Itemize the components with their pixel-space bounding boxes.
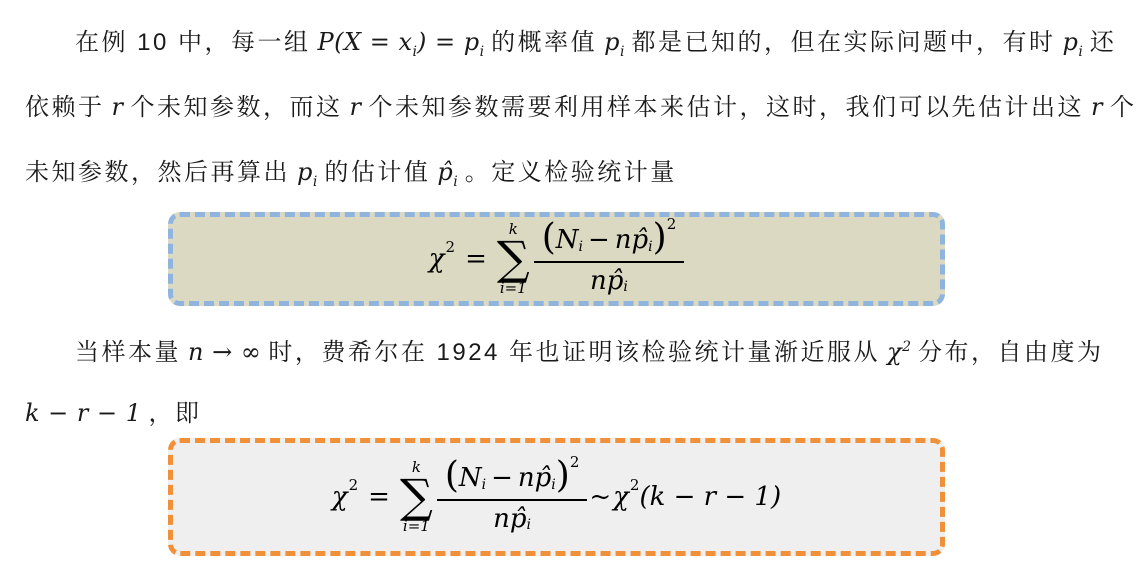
math-open-paren: ( [542, 224, 556, 253]
math-close-paren: ) [653, 224, 667, 253]
math-subscript: i [453, 174, 457, 190]
text-run: 个 [1110, 94, 1137, 121]
math-tilde: ~ [589, 484, 611, 510]
paragraph-1-line-2: 依赖于r个未知参数，而这r个未知参数需要利用样本来估计，这时，我们可以先估计出这… [25, 87, 1123, 128]
inline-math-degrees-of-freedom: k − r − 1 [25, 399, 142, 427]
fraction: (Ni−np̂i)2 np̂i [534, 224, 685, 294]
distribution-tail: ~χ2(k − r − 1) [589, 484, 781, 510]
math-np-hat: np̂ [615, 227, 648, 253]
math-chi: χ [429, 246, 445, 272]
text-run: 。定义检验统计量 [465, 159, 677, 186]
math-subscript: i [480, 44, 484, 60]
text-run: 个未知参数，而这 [130, 94, 342, 121]
inline-math-r: r [349, 93, 361, 121]
summation: k ∑ i=1 [497, 222, 530, 296]
inline-math-chi-squared: χ2 [887, 338, 911, 366]
text-run: 的概率值 [491, 29, 597, 56]
formula-box-chi-square-distribution: χ2 = k ∑ i=1 (Ni−np̂i)2 np̂i ~χ2(k − r −… [168, 438, 945, 556]
math-subscript: i [313, 174, 317, 190]
math-equals: = [465, 246, 487, 272]
math-subscript: i [579, 240, 583, 254]
math-text: p [297, 158, 313, 186]
math-chi: χ [613, 484, 629, 510]
inline-math-r: r [1091, 93, 1103, 121]
text-run: 还 [1090, 29, 1117, 56]
math-open-paren: ( [445, 462, 459, 491]
chi-square-statistic-formula: χ2 = k ∑ i=1 (Ni−np̂i)2 np̂i [429, 222, 685, 296]
text-run: 个未知参数需要利用样本来估计，这时，我们可以先估计出这 [368, 94, 1084, 121]
math-minus: − [588, 227, 610, 253]
text-run: 依赖于 [25, 94, 105, 121]
paragraph-1-line-3: 未知参数，然后再算出pi的估计值p̂i。定义检验统计量 [25, 152, 1123, 202]
inline-math-n-to-infinity: n → ∞ [188, 338, 261, 366]
math-subscript: i [527, 518, 531, 532]
math-text: p [604, 28, 620, 56]
math-chi: χ [332, 484, 348, 510]
inline-math-pi: pi [1062, 28, 1082, 56]
fraction: (Ni−np̂i)2 np̂i [437, 462, 588, 532]
math-N: N [556, 227, 579, 253]
paragraph-1-line-1: 在例 10 中，每一组P(X = xi) = pi的概率值pi都是已知的，但在实… [25, 22, 1123, 72]
math-np-hat: np̂ [518, 465, 551, 491]
math-np-hat: np̂ [493, 506, 526, 532]
math-minus: − [491, 465, 513, 491]
math-subscript: i [623, 280, 627, 294]
math-exponent: 2 [349, 478, 359, 493]
paragraph-2-line-2: k − r − 1，即 [25, 393, 1123, 434]
formula-box-chi-square-statistic: χ2 = k ∑ i=1 (Ni−np̂i)2 np̂i [168, 212, 945, 306]
document-page: 在例 10 中，每一组P(X = xi) = pi的概率值pi都是已知的，但在实… [0, 0, 1141, 564]
math-text: χ [887, 338, 902, 366]
math-text: ) = p [417, 28, 480, 56]
summation-sigma-symbol: ∑ [400, 475, 433, 519]
math-text: r [1091, 93, 1103, 121]
math-exponent: 2 [446, 240, 456, 255]
summation-lower-limit: i=1 [500, 281, 527, 296]
text-run: 都是已知的，但在实际问题中，有时 [631, 29, 1055, 56]
math-subscript: i [620, 44, 624, 60]
math-subscript: i [482, 478, 486, 492]
inline-math-pi: pi [604, 28, 624, 56]
math-exponent: 2 [902, 339, 911, 355]
inline-math-pi-hat: p̂i [437, 158, 457, 186]
math-text: p̂ [437, 158, 453, 186]
summation: k ∑ i=1 [400, 460, 433, 534]
text-run: 的估计值 [324, 159, 430, 186]
inline-math-pi: pi [297, 158, 317, 186]
math-text: r [349, 93, 361, 121]
summation-sigma-symbol: ∑ [497, 237, 530, 281]
fraction-numerator: (Ni−np̂i)2 [437, 462, 588, 501]
fraction-denominator: np̂i [493, 501, 531, 532]
math-exponent: 2 [667, 217, 677, 232]
chi-square-distribution-formula: χ2 = k ∑ i=1 (Ni−np̂i)2 np̂i ~χ2(k − r −… [332, 460, 781, 534]
math-equals: = [368, 484, 390, 510]
text-run: 分布，自由度为 [918, 339, 1104, 366]
inline-math-r: r [112, 93, 124, 121]
fraction-denominator: np̂i [590, 263, 628, 294]
summation-lower-limit: i=1 [403, 519, 430, 534]
math-text: r [112, 93, 124, 121]
paragraph-2-line-1: 当样本量n → ∞时，费希尔在 1924 年也证明该检验统计量渐近服从χ2分布，… [25, 327, 1123, 373]
math-exponent: 2 [630, 478, 640, 493]
math-np-hat: np̂ [590, 268, 623, 294]
math-N: N [459, 465, 482, 491]
math-dof-expression: (k − r − 1) [639, 484, 781, 510]
text-run: 未知参数，然后再算出 [25, 159, 290, 186]
math-exponent: 2 [570, 455, 580, 470]
math-subscript: i [1078, 44, 1082, 60]
math-text: p [1062, 28, 1078, 56]
text-run: ，即 [149, 400, 202, 427]
text-run: 时，费希尔在 1924 年也证明该检验统计量渐近服从 [268, 339, 880, 366]
math-close-paren: ) [556, 462, 570, 491]
math-text: n → ∞ [188, 338, 261, 366]
fraction-numerator: (Ni−np̂i)2 [534, 224, 685, 263]
inline-math-probability: P(X = xi) = pi [318, 28, 485, 56]
math-text: k − r − 1 [25, 399, 142, 427]
text-run: 当样本量 [75, 339, 181, 366]
text-run: 在例 10 中，每一组 [75, 29, 311, 56]
math-text: P(X = x [318, 28, 413, 56]
